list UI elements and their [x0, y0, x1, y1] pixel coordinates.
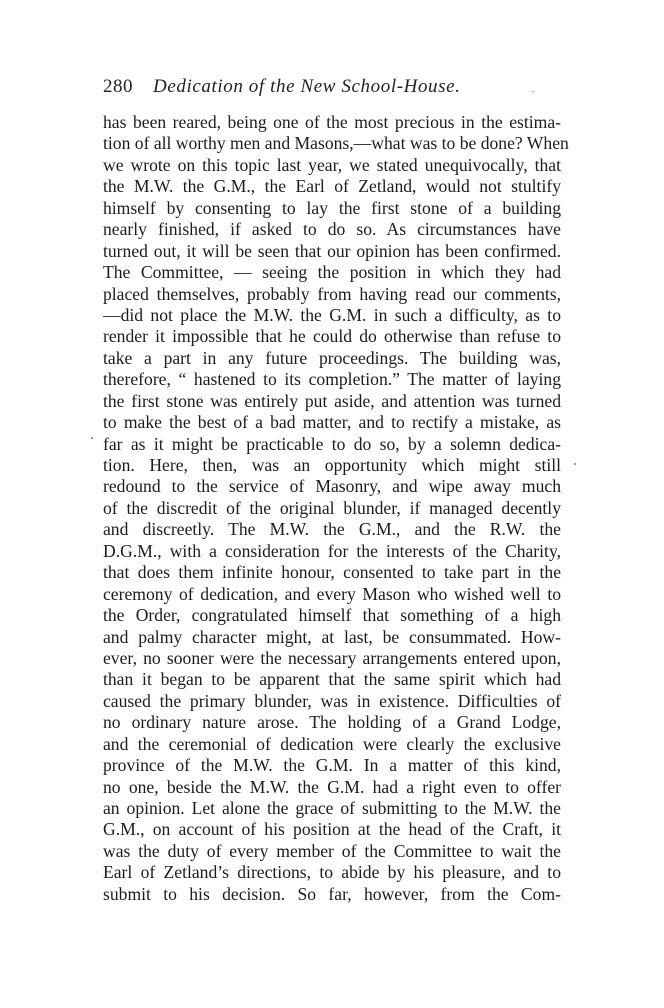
body-text: has been reared, being one of the most p… [103, 112, 561, 905]
text-line: ever, no sooner were the necessary arran… [103, 648, 561, 669]
text-line: placed themselves, probably from having … [103, 284, 561, 305]
text-line: has been reared, being one of the most p… [103, 112, 561, 133]
text-line: turned out, it will be seen that our opi… [103, 241, 561, 262]
page-number: 280 [103, 76, 133, 98]
scan-speck [91, 437, 93, 439]
text-line: redound to the service of Masonry, and w… [103, 476, 561, 497]
text-line: the M.W. the G.M., the Earl of Zetland, … [103, 176, 561, 197]
running-title: Dedication of the New School-House. [153, 76, 461, 98]
text-line: take a part in any future proceedings. T… [103, 348, 561, 369]
text-line: to make the best of a bad matter, and to… [103, 412, 561, 433]
text-line: render it impossible that he could do ot… [103, 326, 561, 347]
text-line: no one, beside the M.W. the G.M. had a r… [103, 777, 561, 798]
text-line: tion. Here, then, was an opportunity whi… [103, 455, 561, 476]
text-line: an opinion. Let alone the grace of submi… [103, 798, 561, 819]
text-line: G.M., on account of his position at the … [103, 819, 561, 840]
text-line: nearly finished, if asked to do so. As c… [103, 219, 561, 240]
text-line: tion of all worthy men and Masons,—what … [103, 133, 561, 154]
text-line: and palmy character might, at last, be c… [103, 627, 561, 648]
text-line: was the duty of every member of the Comm… [103, 841, 561, 862]
text-line: far as it might be practicable to do so,… [103, 434, 561, 455]
text-line: province of the M.W. the G.M. In a matte… [103, 755, 561, 776]
text-line: we wrote on this topic last year, we sta… [103, 155, 561, 176]
running-head: 280 Dedication of the New School-House. [103, 76, 563, 100]
scan-speck [532, 91, 534, 92]
text-line: ceremony of dedication, and every Mason … [103, 584, 561, 605]
text-line: The Committee, — seeing the position in … [103, 262, 561, 283]
scanned-book-page: 280 Dedication of the New School-House. … [0, 0, 664, 1008]
text-line: Earl of Zetland’s directions, to abide b… [103, 862, 561, 883]
text-line: the first stone was entirely put aside, … [103, 391, 561, 412]
text-line: of the discredit of the original blunder… [103, 498, 561, 519]
text-line: D.G.M., with a consideration for the int… [103, 541, 561, 562]
text-line: —did not place the M.W. the G.M. in such… [103, 305, 561, 326]
text-line: and discreetly. The M.W. the G.M., and t… [103, 519, 561, 540]
text-line: submit to his decision. So far, however,… [103, 884, 561, 905]
text-line: the Order, congratulated himself that so… [103, 605, 561, 626]
text-line: himself by consenting to lay the first s… [103, 198, 561, 219]
text-line: caused the primary blunder, was in exist… [103, 691, 561, 712]
text-line: no ordinary nature arose. The holding of… [103, 712, 561, 733]
scan-speck [574, 463, 576, 465]
text-line: therefore, “ hastened to its completion.… [103, 369, 561, 390]
text-line: than it began to be apparent that the sa… [103, 669, 561, 690]
text-line: and the ceremonial of dedication were cl… [103, 734, 561, 755]
text-line: that does them infinite honour, consente… [103, 562, 561, 583]
